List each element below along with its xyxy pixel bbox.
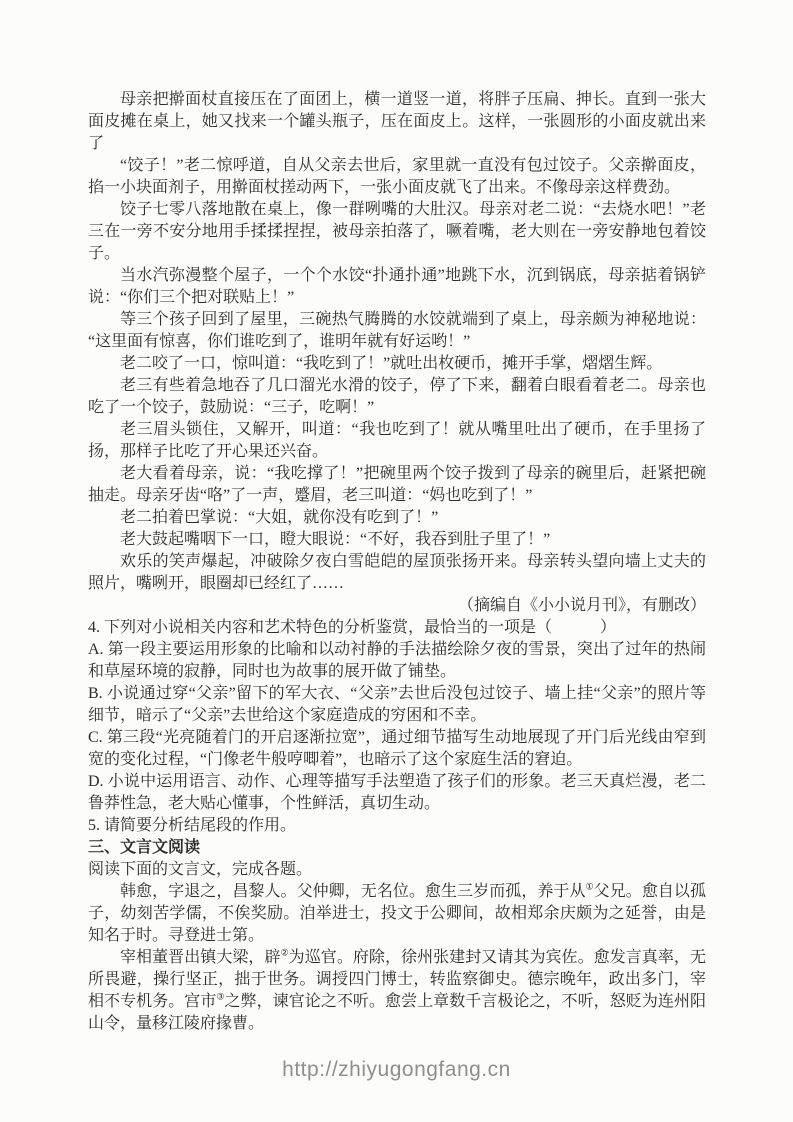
option-item: B. 小说通过穿“父亲”留下的军大衣、“父亲”去世后没包过饺子、墙上挂“父亲”的… xyxy=(88,683,706,727)
option-item: D. 小说中运用语言、动作、心理等描写手法塑造了孩子们的形象。老三天真烂漫，老二… xyxy=(88,771,706,815)
paragraph: “饺子！”老二惊呼道，自从父亲去世后，家里就一直没有包过饺子。父亲擀面皮，掐一小… xyxy=(88,155,706,199)
paragraph: 母亲把擀面杖直接压在了面团上，横一道竖一道，将胖子压扁、抻长。直到一张大面皮摊在… xyxy=(88,89,706,155)
paragraph: 老三眉头锁住，又解开，叫道：“我也吃到了！就从嘴里吐出了硬币，在手里扬了扬，那样… xyxy=(88,419,706,463)
footnote-marker: ① xyxy=(586,882,594,892)
option-item: C. 第三段“光亮随着门的开启逐渐拉宽”，通过细节描写生动地展现了开门后光线由窄… xyxy=(88,727,706,771)
section-heading: 三、文言文阅读 xyxy=(88,837,706,859)
question-item: 4. 下列对小说相关内容和艺术特色的分析鉴赏，最恰当的一项是（ ） xyxy=(88,617,706,639)
attribution: （摘编自《小小说月刊》，有删改） xyxy=(88,595,706,617)
option-item: A. 第一段主要运用形象的比喻和以动衬静的手法描绘除夕夜的雪景，突出了过年的热闹… xyxy=(88,639,706,683)
footnote-marker: ② xyxy=(281,948,289,958)
paragraph: 阅读下面的文言文，完成各题。 xyxy=(88,859,706,881)
paragraph: 老二咬了一口，惊叫道：“我吃到了！”就吐出枚硬币，摊开手掌，熠熠生辉。 xyxy=(88,353,706,375)
footer-watermark-url: http://zhiyugongfang.cn xyxy=(0,1058,793,1082)
paragraph: 老大看着母亲，说：“我吃撑了！”把碗里两个饺子拨到了母亲的碗里后，赶紧把碗抽走。… xyxy=(88,463,706,507)
document-body: 母亲把擀面杖直接压在了面团上，横一道竖一道，将胖子压扁、抻长。直到一张大面皮摊在… xyxy=(88,89,706,1035)
paragraph: 老三有些着急地吞了几口溜光水滑的饺子，停了下来，翻着白眼看着老二。母亲也吃了一个… xyxy=(88,375,706,419)
paragraph: 韩愈，字退之，昌黎人。父仲卿，无名位。愈生三岁而孤，养于从①父兄。愈自以孤子，幼… xyxy=(88,881,706,947)
paragraph: 饺子七零八落地散在桌上，像一群咧嘴的大肚汉。母亲对老二说：“去烧水吧！”老三在一… xyxy=(88,199,706,265)
footnote-marker: ③ xyxy=(216,992,224,1002)
paragraph: 老大鼓起嘴咽下一口，瞪大眼说：“不好，我吞到肚子里了！” xyxy=(88,529,706,551)
paragraph: 欢乐的笑声爆起，冲破除夕夜白雪皑皑的屋顶张扬开来。母亲转头望向墙上丈夫的照片，嘴… xyxy=(88,551,706,595)
paragraph: 当水汽弥漫整个屋子，一个个水饺“扑通扑通”地跳下水，沉到锅底，母亲掂着锅铲说：“… xyxy=(88,265,706,309)
paragraph: 老二拍着巴掌说：“大姐，就你没有吃到了！” xyxy=(88,507,706,529)
paragraph: 宰相董晋出镇大梁，辟②为巡官。府除，徐州张建封又请其为宾佐。愈发言真率，无所畏避… xyxy=(88,947,706,1035)
paragraph: 等三个孩子回到了屋里，三碗热气腾腾的水饺就端到了桌上，母亲颇为神秘地说：“这里面… xyxy=(88,309,706,353)
document-page: 母亲把擀面杖直接压在了面团上，横一道竖一道，将胖子压扁、抻长。直到一张大面皮摊在… xyxy=(0,0,793,1122)
question-item: 5. 请简要分析结尾段的作用。 xyxy=(88,815,706,837)
